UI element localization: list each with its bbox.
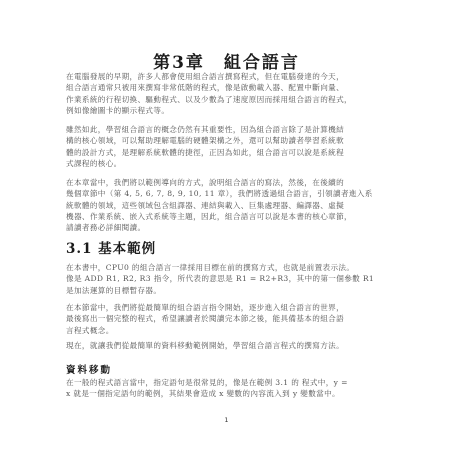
text-line: x 就是一個指定語句的範例，其結果會造成 x 變數的內容流入到 y 變數當中。 <box>66 388 391 399</box>
text-line: 在本書中，CPU0 的組合語言一律採用目標在前的撰寫方式，也就是前置表示法。 <box>66 262 391 273</box>
text-line: 機器、作業系統、嵌入式系統等主題，因此，組合語言可以說是本書的核心章節， <box>66 211 391 222</box>
text-line: 式課程的核心。 <box>66 158 391 169</box>
text-line: 最後寫出一個完整的程式，希望讓讀者於閱讀完本節之後，能具備基本的組合語 <box>66 313 391 324</box>
text-line: 作業系統的行程切換、驅動程式、以及少數為了速度原因而採用組合語言的程式， <box>66 94 391 105</box>
text-line: 請讀者務必詳細閱讀。 <box>66 222 391 233</box>
text-line: 言程式概念。 <box>66 325 391 336</box>
text-line: 體的設計方式，是理解系統軟體的捷徑，正因為如此，組合語言可以說是系統程 <box>66 147 391 158</box>
section-paragraph-3: 現在，就讓我們從最簡單的資料移動範例開始，學習組合語言程式的撰寫方法。 <box>66 340 391 351</box>
text-line: 統軟體的領域，這些領域包含組譯器、連結與載入、巨集處理器、編譯器、虛擬 <box>66 200 391 211</box>
intro-paragraph-1: 在電腦發展的早期，許多人都會使用組合語言撰寫程式，但在電腦發達的今天， 組合語言… <box>66 71 391 116</box>
document-page: 第3章 組合語言 在電腦發展的早期，許多人都會使用組合語言撰寫程式，但在電腦發達… <box>0 0 453 453</box>
text-line: 是加法運算的目標暫存器。 <box>66 285 391 296</box>
intro-paragraph-2: 雖然如此，學習組合語言的概念仍然有其重要性，因為組合語言除了是計算機結 構的核心… <box>66 124 391 169</box>
section-paragraph-1: 在本書中，CPU0 的組合語言一律採用目標在前的撰寫方式，也就是前置表示法。 像… <box>66 262 391 296</box>
chapter-title: 第3章 組合語言 <box>0 48 453 73</box>
text-line: 像是 ADD R1, R2, R3 指令，所代表的意思是 R1 = R2+R3，… <box>66 273 391 284</box>
text-line: 在本節當中，我們將從最簡單的組合語言指令開始，逐步進入組合語言的世界， <box>66 302 391 313</box>
text-line: 組合語言通常只被用來撰寫非常低階的程式，像是啟動載入器、配置中斷向量、 <box>66 82 391 93</box>
text-line: 現在，就讓我們從最簡單的資料移動範例開始，學習組合語言程式的撰寫方法。 <box>66 340 391 351</box>
text-line: 構的核心領域，可以幫助理解電腦的硬體架構之外，還可以幫助讀者學習系統軟 <box>66 135 391 146</box>
text-line: 例如像繪圖卡的顯示程式等。 <box>66 105 391 116</box>
intro-paragraph-3: 在本章當中，我們將以範例導向的方式，說明組合語言的寫法，然後，在後續的 幾個章節… <box>66 177 391 233</box>
text-line: 在本章當中，我們將以範例導向的方式，說明組合語言的寫法，然後，在後續的 <box>66 177 391 188</box>
text-line: 雖然如此，學習組合語言的概念仍然有其重要性，因為組合語言除了是計算機結 <box>66 124 391 135</box>
text-line: 幾個章節中（第 4, 5, 6, 7, 8, 9, 10, 11 章），我們將透… <box>66 188 391 199</box>
text-line: 在電腦發展的早期，許多人都會使用組合語言撰寫程式，但在電腦發達的今天， <box>66 71 391 82</box>
subsection-paragraph-1: 在一般的程式語言當中，指定語句是很常見的，像是在範例 3.1 的 程式中，y =… <box>66 377 391 400</box>
subsection-heading: 資料移動 <box>66 362 112 376</box>
section-heading: 3.1 基本範例 <box>66 237 156 257</box>
text-line: 在一般的程式語言當中，指定語句是很常見的，像是在範例 3.1 的 程式中，y = <box>66 377 391 388</box>
page-number: 1 <box>0 416 453 424</box>
section-paragraph-2: 在本節當中，我們將從最簡單的組合語言指令開始，逐步進入組合語言的世界， 最後寫出… <box>66 302 391 336</box>
